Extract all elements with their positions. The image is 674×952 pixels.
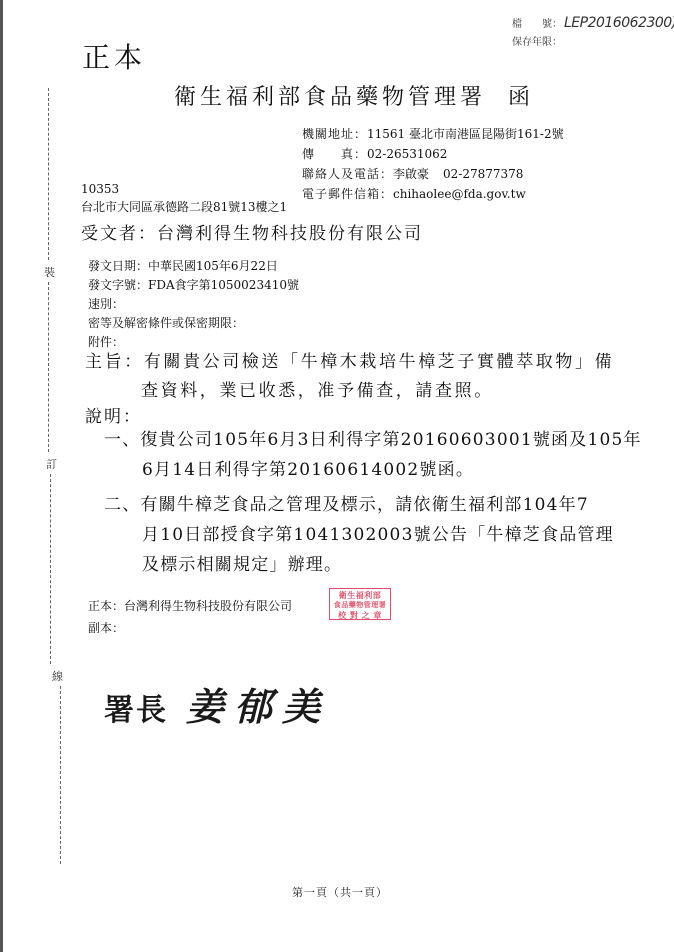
agency-title: 衛生福利部食品藥物管理署函 [174,80,534,111]
recipient-line: 受文者：台灣利得生物科技股份有限公司 [81,219,423,244]
fax-value: 02-26531062 [367,144,447,164]
item-line-2: 月10日部授食字第1041302003號公告「牛樟芝食品管理 [104,520,614,550]
contact-person: 李啟豪 [393,164,429,184]
signature-block: 署長姜郁美 [104,676,330,731]
explanation-item-1: 一、復貴公司105年6月3日利得字第20160603001號函及105年 6月1… [104,425,642,485]
address-label: 機關地址： [302,124,367,144]
attachment-label: 附件： [88,335,124,349]
contact-person-row: 聯絡人及電話： 李啟豪 02-27877378 [302,164,564,184]
reference-number-row: 發文字號：FDA食字第1050023410號 [88,276,299,295]
recipient-address: 台北市大同區承德路二段81號13樓之1 [81,198,287,216]
issue-date-row: 發文日期：中華民國105年6月22日 [88,257,299,276]
original-recipient-row: 正本：台灣利得生物科技股份有限公司 [88,595,292,617]
subject-line-2: 查資料，業已收悉，准予備查，請查照。 [85,377,614,406]
seal-line-1: 衛生福利部 [332,590,388,600]
secrecy-row: 密等及解密條件或保密期限： [88,314,299,333]
retention-label: 保存年限： [512,34,562,52]
secrecy-label: 密等及解密條件或保密期限： [88,316,244,330]
item-marker: 一、 [104,430,140,450]
reference-number-value: FDA食字第1050023410號 [148,278,299,292]
item-line-2: 6月14日利得字第20160614002號函。 [104,455,642,485]
issue-date-label: 發文日期： [88,259,148,273]
proofreading-seal: 衛生福利部 食品藥物管理署 校 對 之 章 [329,588,391,620]
recipient-name: 台灣利得生物科技股份有限公司 [157,224,423,244]
document-kind: 函 [508,85,534,110]
address-row: 機關地址： 11561 臺北市南港區昆陽街161-2號 [302,124,564,144]
file-number-block: 檔 號： LEP2016062300) 保存年限： [512,14,674,52]
binding-dashed-line [48,282,49,452]
item-line-1: 有關牛樟芝食品之管理及標示，請依衛生福利部104年7 [140,495,588,515]
recipient-postal-code: 10353 [81,180,287,198]
email-label: 電子郵件信箱： [302,184,393,204]
fax-label: 傳 真： [302,144,367,164]
explanation-item-2: 二、有關牛樟芝食品之管理及標示，請依衛生福利部104年7 月10日部授食字第10… [104,490,614,580]
signatory-name: 姜郁美 [186,684,330,729]
contact-block: 機關地址： 11561 臺北市南港區昆陽街161-2號 傳 真： 02-2653… [302,124,564,204]
binding-char-zhuang: 裝 [44,264,55,280]
seal-line-3: 校 對 之 章 [332,610,388,620]
item-line-1: 復貴公司105年6月3日利得字第20160603001號函及105年 [140,430,641,450]
fax-row: 傳 真： 02-26531062 [302,144,564,164]
agency-name: 衛生福利部食品藥物管理署 [174,85,486,110]
binding-dashed-line [60,686,61,864]
original-copy-mark: 正本 [82,36,146,76]
binding-char-ding: 訂 [46,456,57,472]
copy-recipient-label: 副本： [88,621,124,635]
explanation-label: 說明： [85,402,142,427]
address-value: 11561 臺北市南港區昆陽街161-2號 [367,124,564,144]
file-number-label: 檔 號： [512,16,562,34]
scan-edge [0,0,3,952]
binding-dashed-line [50,474,51,664]
seal-line-2: 食品藥物管理署 [332,600,388,610]
file-number-value: LEP2016062300) [564,14,674,32]
subject-section: 主旨：有關貴公司檢送「牛樟木栽培牛樟芝子實體萃取物」備 查資料，業已收悉，准予備… [85,348,614,406]
subject-line-1: 有關貴公司檢送「牛樟木栽培牛樟芝子實體萃取物」備 [144,352,614,372]
contact-phone: 02-27877378 [443,164,523,184]
speed-row: 速別： [88,295,299,314]
email-row: 電子郵件信箱： chihaolee@fda.gov.tw [302,184,564,204]
contact-label: 聯絡人及電話： [302,164,393,184]
document-meta-block: 發文日期：中華民國105年6月22日 發文字號：FDA食字第1050023410… [88,257,299,352]
reference-number-label: 發文字號： [88,278,148,292]
page-number-footer: 第一頁（共一頁） [292,884,388,900]
signatory-title: 署長 [104,693,168,728]
item-line-3: 及標示相關規定」辦理。 [104,550,614,580]
original-recipient-label: 正本： [88,599,124,613]
copy-recipient-row: 副本： [88,617,292,639]
original-recipient-value: 台灣利得生物科技股份有限公司 [124,599,292,613]
distribution-block: 正本：台灣利得生物科技股份有限公司 副本： [88,595,292,639]
binding-dashed-line [48,88,49,260]
email-value[interactable]: chihaolee@fda.gov.tw [393,184,526,204]
issue-date-value: 中華民國105年6月22日 [148,259,278,273]
item-marker: 二、 [104,495,140,515]
recipient-label: 受文者： [81,224,157,244]
speed-label: 速別： [88,297,124,311]
binding-char-xian: 線 [52,668,63,684]
recipient-address-block: 10353 台北市大同區承德路二段81號13樓之1 [81,180,287,216]
subject-label: 主旨： [85,352,144,372]
